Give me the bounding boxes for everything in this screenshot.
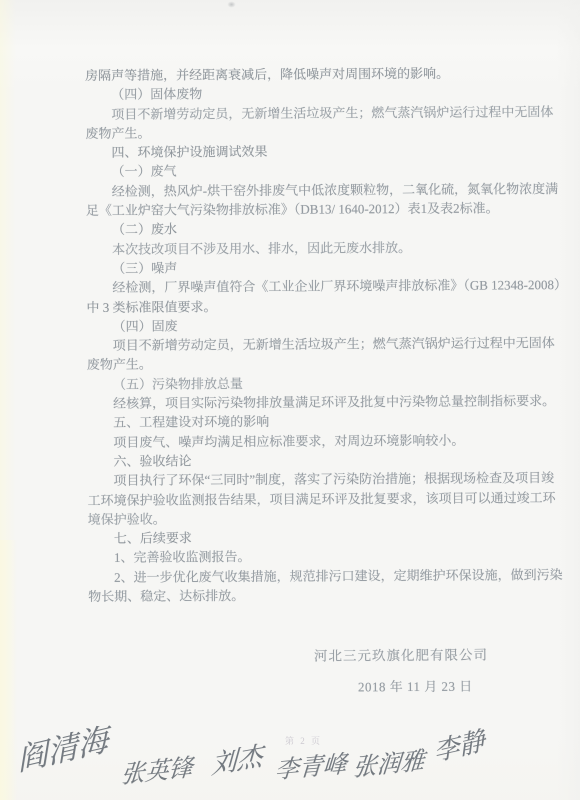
text-line: 项目不新增劳动定员，无新增生活垃圾产生；燃气蒸汽锅炉运行过程中无固体 — [85, 102, 517, 124]
handwritten-signature: 张润雅 — [352, 740, 427, 783]
handwritten-signature: 张英锋 — [120, 747, 195, 790]
text-line: 中 3 类标准限值要求。 — [86, 295, 518, 317]
text-line: 经检测，厂界噪声值符合《工业企业厂界环境噪声排放标准》（GB 12348-200… — [86, 276, 518, 298]
text-line: 工环境保护验收监测报告结果，项目满足环评及批复要求，该项目可以通过竣工环 — [88, 488, 520, 510]
text-line: 1、完善验收监测报告。 — [88, 546, 520, 568]
text-line: 七、后续要求 — [88, 526, 520, 548]
text-line: 境保护验收。 — [88, 507, 520, 529]
text-line: （四）固废 — [87, 314, 519, 336]
company-name: 河北三元玖旗化肥有限公司 — [314, 643, 488, 664]
document-body: 房隔声等措施，并经距离衰减后，降低噪声对周围环境的影响。（四）固体废物项目不新增… — [85, 63, 520, 606]
handwritten-signature: 李青峰 — [274, 744, 348, 786]
text-line: 物长期、稳定、达标排放。 — [88, 584, 520, 606]
text-line: 房隔声等措施，并经距离衰减后，降低噪声对周围环境的影响。 — [85, 63, 517, 85]
handwritten-signature: 阎清海 — [16, 713, 110, 779]
scan-artifact-mark — [227, 1, 236, 8]
text-line: （三）噪声 — [86, 256, 518, 278]
text-line: 2、进一步优化废气收集措施，规范排污口建设，定期维护环保设施，做到污染 — [88, 565, 520, 587]
text-line: （二）废水 — [86, 218, 518, 240]
text-line: 足《工业炉窑大气污染物排放标准》（DB13/ 1640-2012）表1及表2标准… — [86, 198, 518, 220]
text-line: （一）废气 — [86, 160, 518, 182]
handwritten-signature: 李静 — [432, 720, 487, 769]
text-line: （四）固体废物 — [85, 83, 517, 105]
text-line: 项目不新增劳动定员，无新增生活垃圾产生；燃气蒸汽锅炉运行过程中无固体 — [87, 334, 519, 356]
page-number: 第 2 页 — [285, 734, 322, 747]
text-line: 项目执行了环保“三同时”制度，落实了污染防治措施；根据现场检查及项目竣 — [87, 469, 519, 491]
signoff-date: 2018 年 11 月 23 日 — [358, 676, 473, 696]
text-line: 项目废气、噪声均满足相应标准要求，对周边环境影响较小。 — [87, 430, 519, 452]
scan-edge-tint — [0, 540, 18, 800]
handwritten-signature: 刘杰 — [210, 735, 263, 782]
text-line: 废物产生。 — [87, 353, 519, 375]
text-line: 废物产生。 — [85, 121, 517, 143]
text-line: 四、环境保护设施调试效果 — [85, 141, 517, 163]
text-line: 五、工程建设对环境的影响 — [87, 411, 519, 433]
text-line: 经核算，项目实际污染物排放量满足环评及批复中污染物总量控制指标要求。 — [87, 391, 519, 413]
text-line: 经检测，热风炉-烘干窑外排废气中低浓度颗粒物，二氧化硫，氮氧化物浓度满 — [86, 179, 518, 201]
text-line: （五）污染物排放总量 — [87, 372, 519, 394]
text-line: 本次技改项目不涉及用水、排水，因此无废水排放。 — [86, 237, 518, 259]
text-line: 六、验收结论 — [87, 449, 519, 471]
